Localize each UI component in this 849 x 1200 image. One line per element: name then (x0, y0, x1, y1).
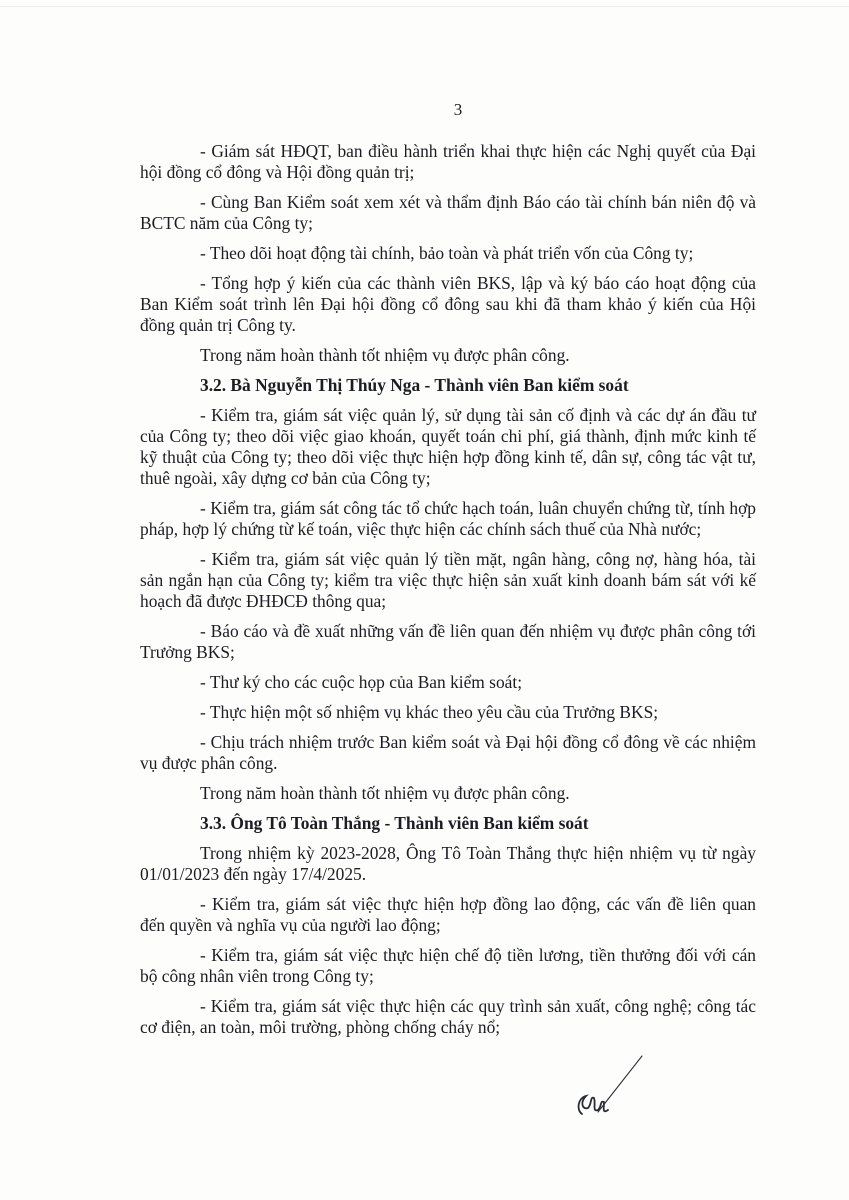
paragraph-accounting: - Kiểm tra, giám sát công tác tổ chức hạ… (140, 498, 756, 540)
paragraph-completion-note: Trong năm hoàn thành tốt nhiệm vụ được p… (140, 345, 756, 366)
section-heading-3-3: 3.3. Ông Tô Toàn Thắng - Thành viên Ban … (140, 813, 756, 834)
paragraph-review-financial-report: - Cùng Ban Kiểm soát xem xét và thẩm địn… (140, 192, 756, 234)
paragraph-labor-contracts: - Kiểm tra, giám sát việc thực hiện hợp … (140, 894, 756, 936)
paragraph-secretary: - Thư ký cho các cuộc họp của Ban kiểm s… (140, 672, 756, 693)
paragraph-fixed-assets: - Kiểm tra, giám sát việc quản lý, sử dụ… (140, 405, 756, 489)
paragraph-cash-management: - Kiểm tra, giám sát việc quản lý tiền m… (140, 549, 756, 612)
paragraph-term: Trong nhiệm kỳ 2023-2028, Ông Tô Toàn Th… (140, 843, 756, 885)
document-page: 3 - Giám sát HĐQT, ban điều hành triển k… (140, 100, 756, 1047)
paragraph-other-tasks: - Thực hiện một số nhiệm vụ khác theo yê… (140, 702, 756, 723)
page-number: 3 (140, 100, 756, 120)
paragraph-responsibility: - Chịu trách nhiệm trước Ban kiểm soát v… (140, 732, 756, 774)
paragraph-supervise-board: - Giám sát HĐQT, ban điều hành triển kha… (140, 141, 756, 183)
paragraph-report-proposals: - Báo cáo và đề xuất những vấn đề liên q… (140, 621, 756, 663)
paragraph-monitor-finance: - Theo dõi hoạt động tài chính, bảo toàn… (140, 243, 756, 264)
scan-edge (0, 6, 849, 7)
paragraph-salary: - Kiểm tra, giám sát việc thực hiện chế … (140, 945, 756, 987)
paragraph-production-processes: - Kiểm tra, giám sát việc thực hiện các … (140, 996, 756, 1038)
section-heading-3-2: 3.2. Bà Nguyễn Thị Thúy Nga - Thành viên… (140, 375, 756, 396)
paragraph-compile-opinions: - Tổng hợp ý kiến của các thành viên BKS… (140, 273, 756, 336)
signature-icon (568, 1052, 648, 1132)
paragraph-completion-note-2: Trong năm hoàn thành tốt nhiệm vụ được p… (140, 783, 756, 804)
